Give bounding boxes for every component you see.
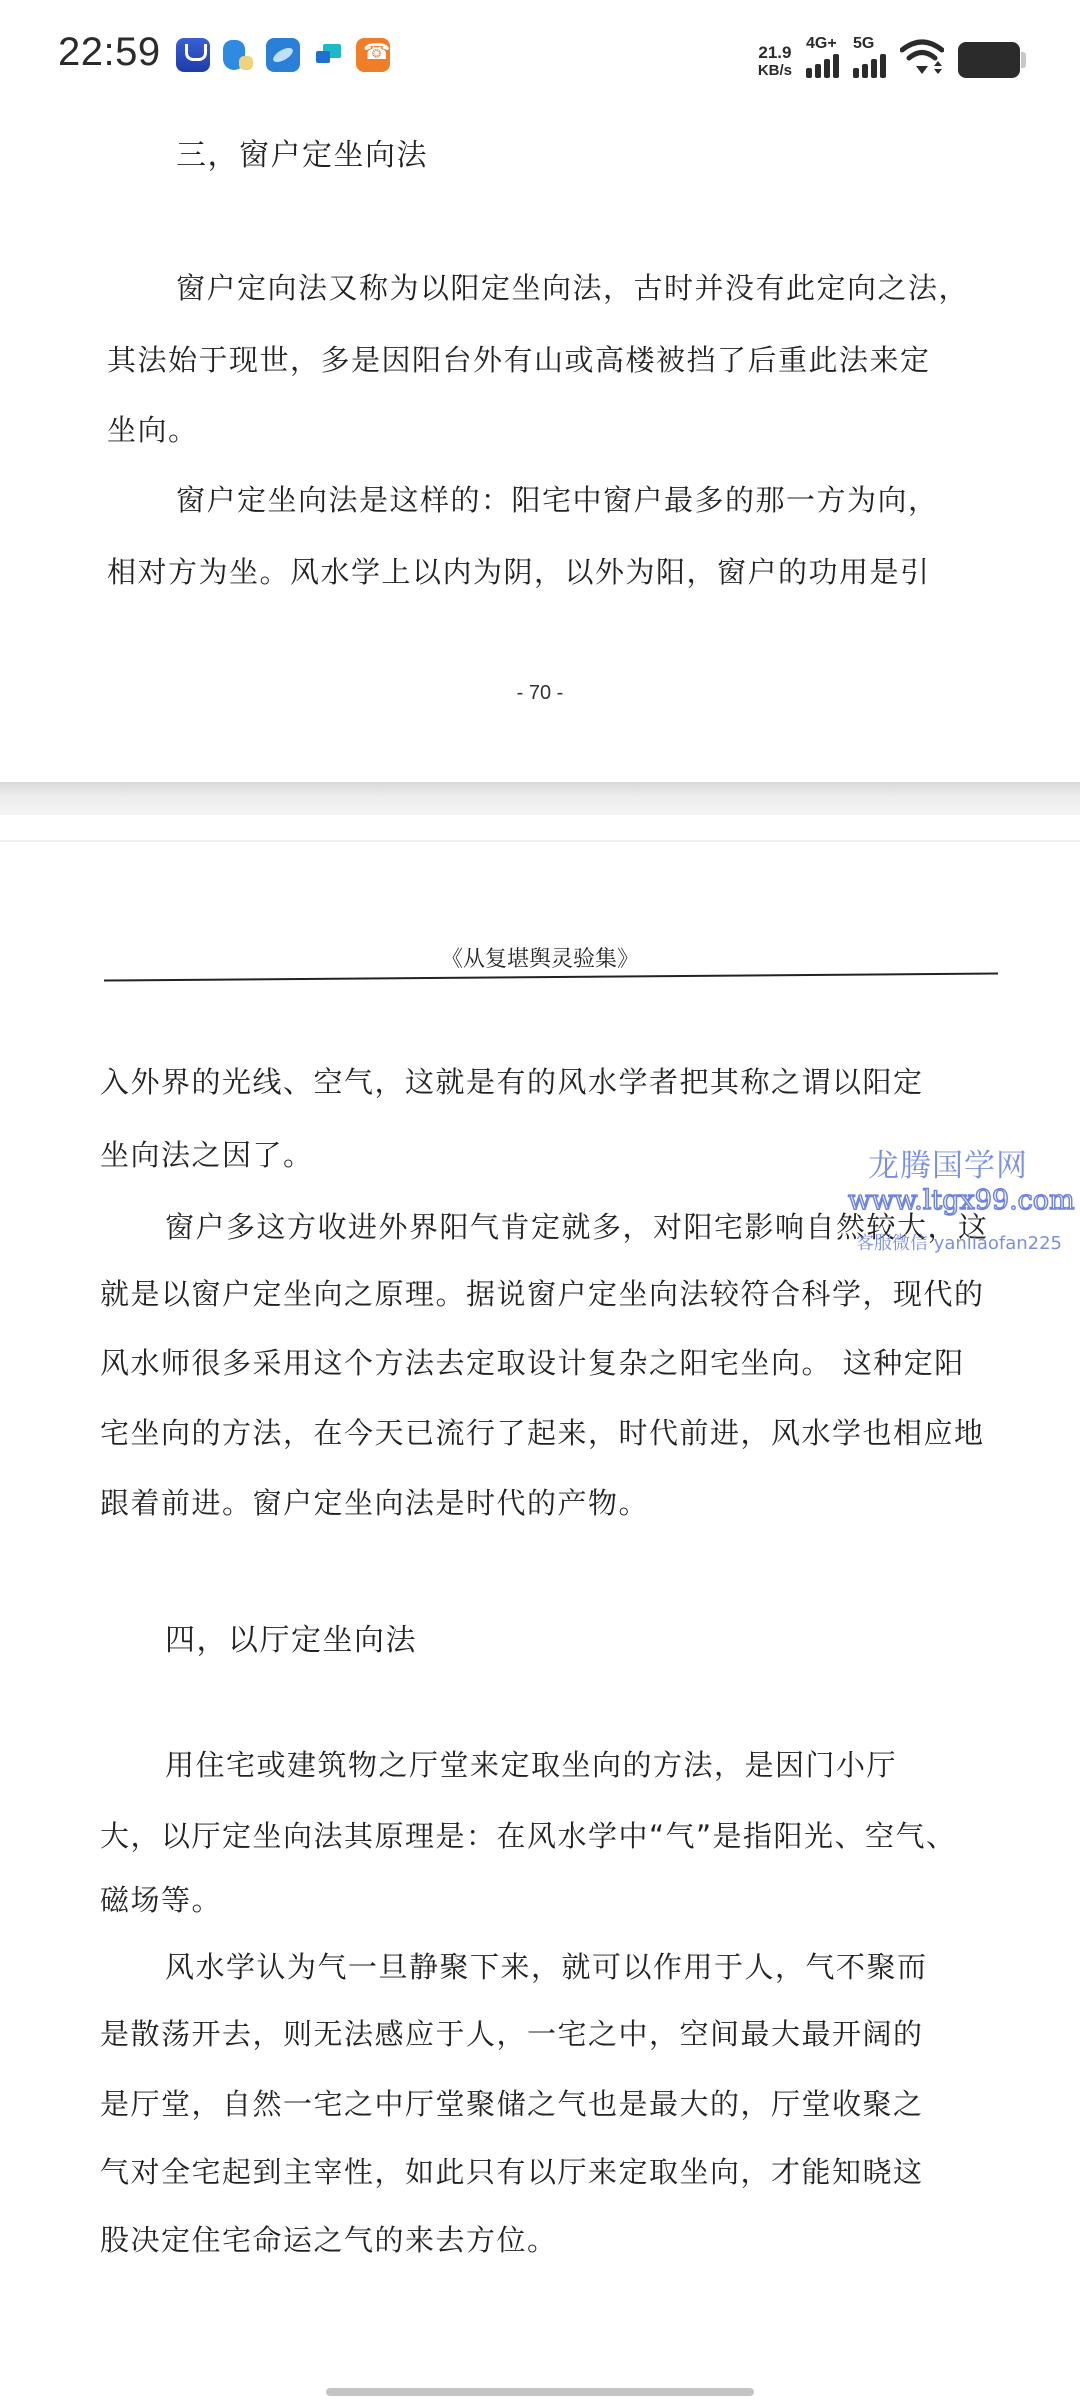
paragraph-line: 坐向。 bbox=[107, 408, 199, 449]
paragraph-line: 就是以窗户定坐向之原理。据说窗户定坐向法较符合科学，现代的 bbox=[100, 1272, 985, 1313]
page-number: - 70 - bbox=[0, 682, 1080, 705]
section-heading-3: 三，窗户定坐向法 bbox=[176, 130, 428, 174]
notification-icons bbox=[176, 38, 390, 72]
paragraph-line: 跟着前进。窗户定坐向法是时代的产物。 bbox=[100, 1481, 649, 1522]
page-separator bbox=[0, 782, 1080, 816]
paragraph-line: 气对全宅起到主宰性，如此只有以厅来定取坐向，才能知晓这 bbox=[100, 2150, 924, 2191]
home-indicator[interactable] bbox=[326, 2388, 754, 2396]
paragraph-line: 其法始于现世，多是因阳台外有山或高楼被挡了后重此法来定 bbox=[107, 338, 931, 379]
watermark-contact: 客服微信 yanliaofan225 bbox=[856, 1229, 1062, 1255]
signal-5g: 5G bbox=[853, 36, 886, 78]
paragraph-line: 坐向法之因了。 bbox=[100, 1133, 314, 1174]
network-speed-unit: KB/s bbox=[758, 63, 792, 78]
signal-5g-label: 5G bbox=[853, 36, 874, 52]
watermark-url: www.ltgx99.com bbox=[848, 1185, 1075, 1216]
paragraph-line: 宅坐向的方法，在今天已流行了起来，时代前进，风水学也相应地 bbox=[100, 1411, 985, 1452]
phone-app-icon bbox=[356, 38, 390, 72]
section-heading-4: 四，以厅定坐向法 bbox=[165, 1615, 417, 1659]
app-notification-icon bbox=[266, 38, 300, 72]
paragraph-line: 窗户定向法又称为以阳定坐向法，古时并没有此定向之法， bbox=[176, 266, 969, 307]
signal-4g: 4G+ bbox=[806, 36, 839, 78]
paragraph-line: 股决定住宅命运之气的来去方位。 bbox=[100, 2218, 558, 2259]
signal-bars-icon bbox=[806, 54, 839, 78]
paragraph-line: 是厅堂，自然一宅之中厅堂聚储之气也是最大的，厅堂收聚之 bbox=[100, 2082, 924, 2123]
wifi-icon bbox=[900, 38, 944, 78]
status-bar: 22:59 21.9 KB/s 4G+ 5G bbox=[0, 0, 1080, 110]
battery-icon bbox=[958, 42, 1020, 78]
network-speed-value: 21.9 bbox=[758, 44, 791, 61]
app-notification-icon bbox=[311, 38, 345, 72]
paragraph-line: 入外界的光线、空气，这就是有的风水学者把其称之谓以阳定 bbox=[100, 1060, 924, 1101]
app-notification-icon bbox=[176, 38, 210, 72]
paragraph-line: 相对方为坐。风水学上以内为阴，以外为阳，窗户的功用是引 bbox=[107, 550, 931, 591]
paragraph-line: 用住宅或建筑物之厅堂来定取坐向的方法，是因门小厅 bbox=[165, 1743, 897, 1784]
paragraph-line: 窗户定坐向法是这样的：阳宅中窗户最多的那一方为向， bbox=[176, 478, 939, 519]
watermark-title: 龙腾国学网 bbox=[868, 1140, 1028, 1185]
network-speed: 21.9 KB/s bbox=[758, 44, 792, 78]
signal-bars-icon bbox=[853, 54, 886, 78]
paragraph-line: 风水师很多采用这个方法去定取设计复杂之阳宅坐向。 这种定阳 bbox=[100, 1341, 965, 1382]
app-notification-icon bbox=[221, 38, 255, 72]
system-indicators: 21.9 KB/s 4G+ 5G bbox=[758, 36, 1020, 78]
paragraph-line: 是散荡开去，则无法感应于人，一宅之中，空间最大最开阔的 bbox=[100, 2012, 924, 2053]
signal-4g-label: 4G+ bbox=[806, 36, 837, 52]
paragraph-line: 风水学认为气一旦静聚下来，就可以作用于人，气不聚而 bbox=[165, 1945, 928, 1986]
paragraph-line: 磁场等。 bbox=[100, 1878, 222, 1919]
paragraph-line: 大，以厅定坐向法其原理是：在风水学中“气”是指阳光、空气、 bbox=[100, 1814, 957, 1855]
scan-edge-line bbox=[0, 840, 1080, 842]
clock: 22:59 bbox=[58, 30, 161, 75]
running-header: 《从复堪舆灵验集》 bbox=[0, 942, 1080, 973]
